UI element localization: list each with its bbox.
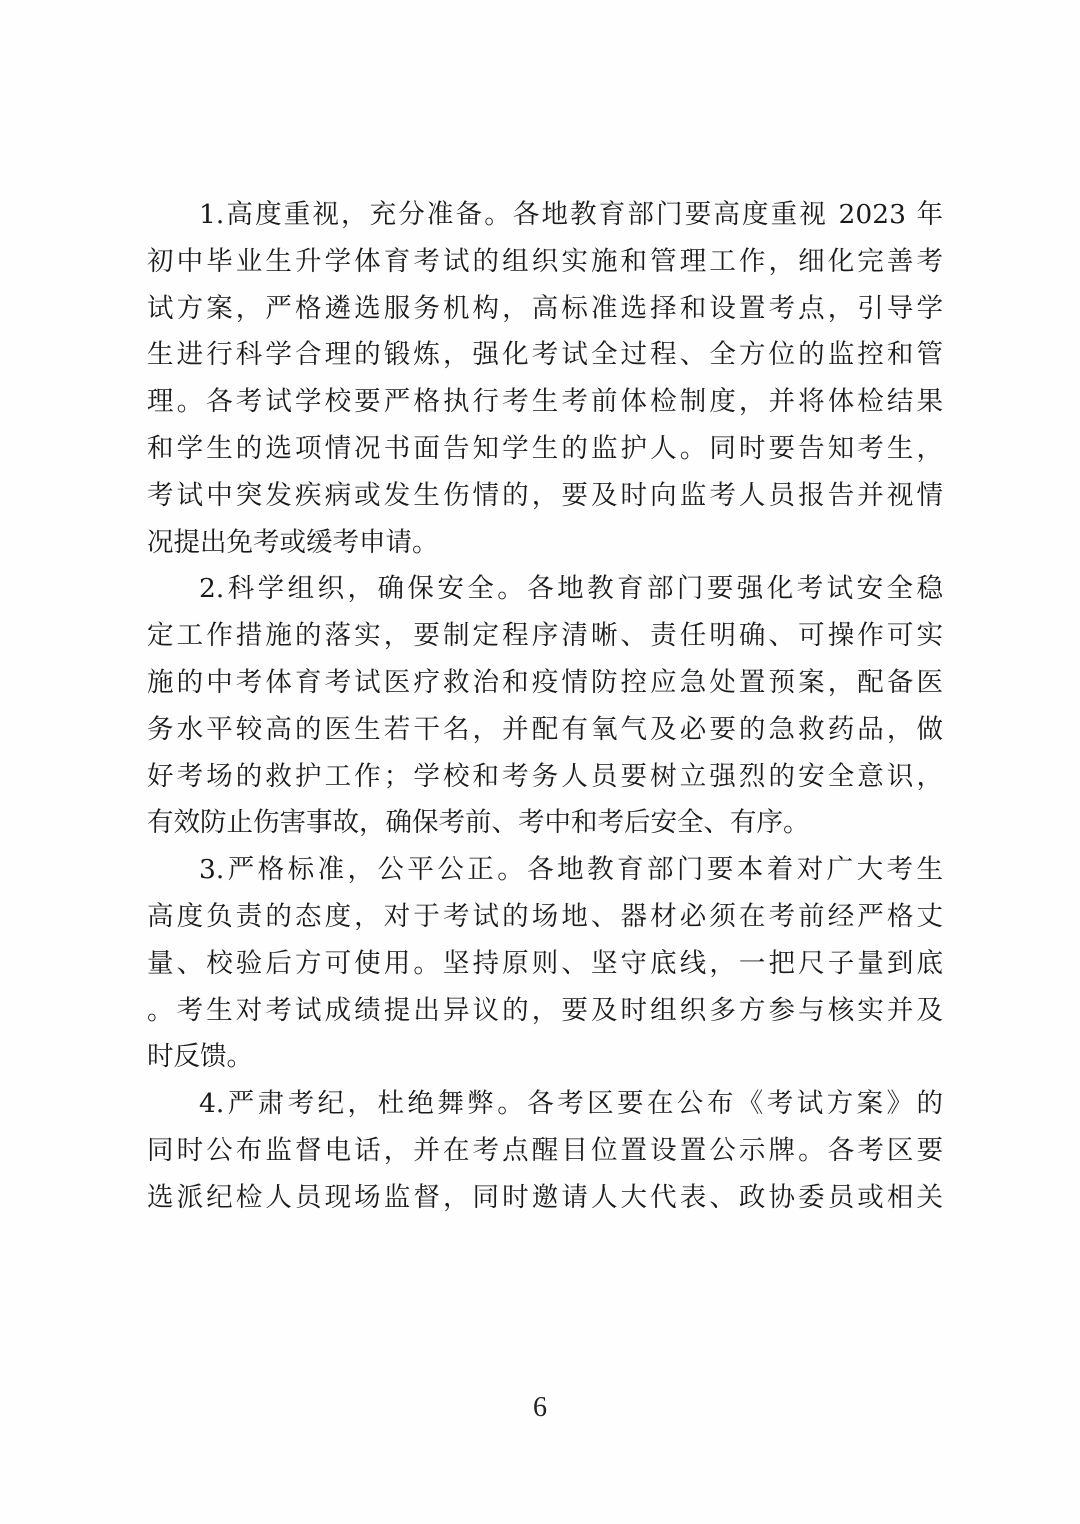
text-line: 定工作措施的落实，要制定程序清晰、责任明确、可操作可实 — [147, 613, 943, 660]
text-line: 施的中考体育考试医疗救治和疫情防控应急处置预案，配备医 — [147, 660, 943, 707]
text-line: 考试中突发疾病或发生伤情的，要及时向监考人员报告并视情 — [147, 473, 943, 520]
text-line: 4.严肃考纪，杜绝舞弊。各考区要在公布《考试方案》的 — [147, 1081, 943, 1128]
text-line: 选派纪检人员现场监督，同时邀请人大代表、政协委员或相关 — [147, 1175, 943, 1222]
text-line: 理。各考试学校要严格执行考生考前体检制度，并将体检结果 — [147, 379, 943, 426]
paragraph-2: 2.科学组织，确保安全。各地教育部门要强化考试安全稳 定工作措施的落实，要制定程… — [147, 566, 943, 847]
text-line: 3.严格标准，公平公正。各地教育部门要本着对广大考生 — [147, 847, 943, 894]
text-line: 况提出免考或缓考申请。 — [147, 520, 943, 567]
page-number: 6 — [0, 1392, 1080, 1424]
text-line: 1.高度重视，充分准备。各地教育部门要高度重视 2023 年 — [147, 192, 943, 239]
document-body: 1.高度重视，充分准备。各地教育部门要高度重视 2023 年 初中毕业生升学体育… — [147, 192, 943, 1222]
text-line: 务水平较高的医生若干名，并配有氧气及必要的急救药品，做 — [147, 707, 943, 754]
text-line: 时反馈。 — [147, 1034, 943, 1081]
text-line: 好考场的救护工作；学校和考务人员要树立强烈的安全意识， — [147, 754, 943, 801]
text-line: 初中毕业生升学体育考试的组织实施和管理工作，细化完善考 — [147, 239, 943, 286]
text-line: 同时公布监督电话，并在考点醒目位置设置公示牌。各考区要 — [147, 1128, 943, 1175]
text-line: 2.科学组织，确保安全。各地教育部门要强化考试安全稳 — [147, 566, 943, 613]
text-line: 有效防止伤害事故，确保考前、考中和考后安全、有序。 — [147, 800, 943, 847]
text-line: 试方案，严格遴选服务机构，高标准选择和设置考点，引导学 — [147, 286, 943, 333]
text-line: 高度负责的态度，对于考试的场地、器材必须在考前经严格丈 — [147, 894, 943, 941]
paragraph-3: 3.严格标准，公平公正。各地教育部门要本着对广大考生 高度负责的态度，对于考试的… — [147, 847, 943, 1081]
document-page: 1.高度重视，充分准备。各地教育部门要高度重视 2023 年 初中毕业生升学体育… — [0, 0, 1080, 1524]
paragraph-1: 1.高度重视，充分准备。各地教育部门要高度重视 2023 年 初中毕业生升学体育… — [147, 192, 943, 566]
text-line: 生进行科学合理的锻炼，强化考试全过程、全方位的监控和管 — [147, 332, 943, 379]
text-line: 和学生的选项情况书面告知学生的监护人。同时要告知考生， — [147, 426, 943, 473]
paragraph-4: 4.严肃考纪，杜绝舞弊。各考区要在公布《考试方案》的 同时公布监督电话，并在考点… — [147, 1081, 943, 1221]
text-line: 量、校验后方可使用。坚持原则、坚守底线，一把尺子量到底 — [147, 941, 943, 988]
text-line: 。考生对考试成绩提出异议的，要及时组织多方参与核实并及 — [147, 988, 943, 1035]
